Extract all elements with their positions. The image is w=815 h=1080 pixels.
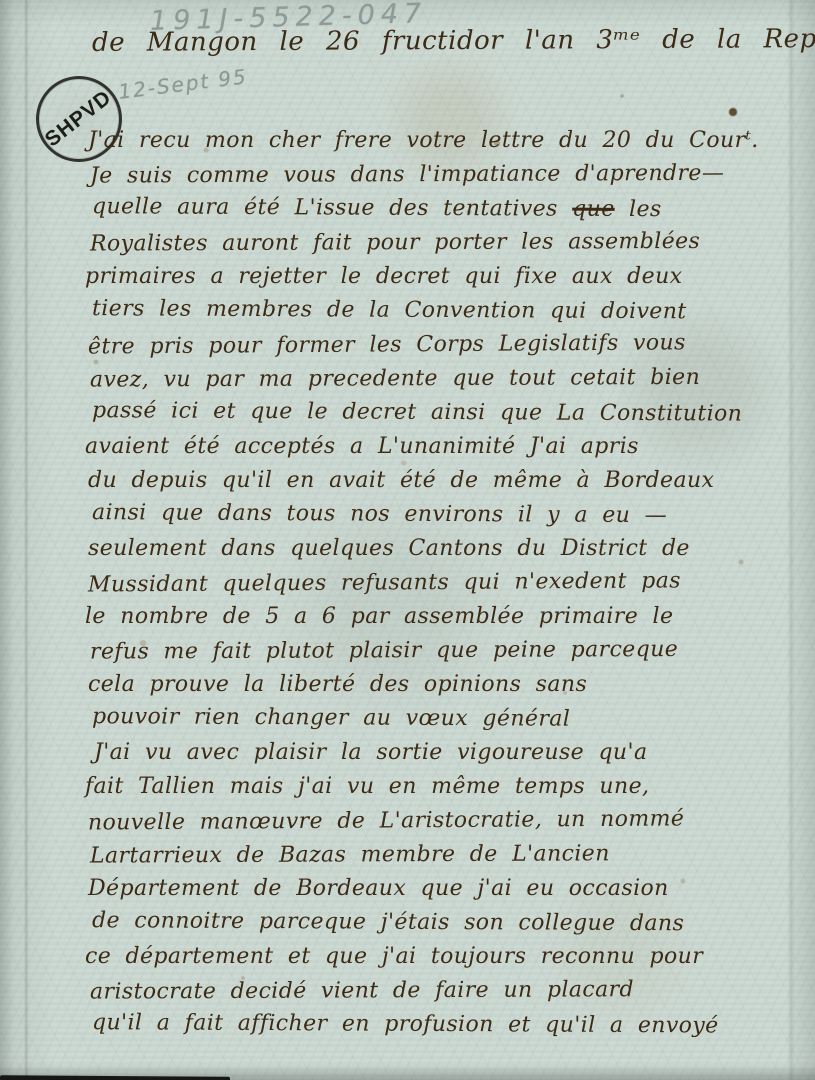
manuscript-line: Lartarrieux de Bazas membre de L'ancien (90, 836, 810, 873)
manuscript-line: Département de Bordeaux que j'ai eu occa… (88, 872, 808, 906)
manuscript-line: seulement dans quelques Cantons du Distr… (88, 532, 808, 566)
manuscript-line: être pris pour former les Corps Legislat… (88, 325, 808, 364)
manuscript-line: Royalistes auront fait pour porter les a… (90, 224, 810, 261)
manuscript-page: 191J-5522-047 12-Sept 95 SHPVD de Mangon… (0, 0, 815, 1080)
manuscript-line: Mussidant quelques refusants qui n'exede… (88, 563, 808, 602)
manuscript-line: cela prouve la liberté des opinions sans (88, 668, 808, 702)
manuscript-line: primaires a rejetter le decret qui fixe … (85, 260, 805, 294)
letter-dateline: de Mangon le 26 fructidor l'an 3ᵐᵉ de la… (92, 24, 812, 58)
manuscript-line: ainsi que dans tous nos environs il y a … (92, 496, 812, 534)
manuscript-line: avaient été acceptés a L'unanimité J'ai … (85, 430, 805, 464)
manuscript-line: refus me fait plutot plaisir que peine p… (90, 632, 810, 669)
manuscript-line: passé ici et que le decret ainsi que La … (92, 394, 812, 432)
manuscript-line: de connoitre parceque j'étais son colleg… (92, 904, 812, 942)
manuscript-line: J'ai vu avec plaisir la sortie vigoureus… (94, 736, 814, 770)
manuscript-line: Je suis comme vous dans l'impatiance d'a… (90, 156, 810, 193)
manuscript-line: aristocrate decidé vient de faire un pla… (90, 972, 810, 1009)
manuscript-line: quelle aura été L'issue des tentatives q… (92, 190, 812, 228)
manuscript-line: J'ai recu mon cher frere votre lettre du… (88, 124, 808, 158)
manuscript-line: du depuis qu'il en avait été de même à B… (88, 464, 808, 498)
pencil-date-note: 12-Sept 95 (117, 64, 249, 104)
manuscript-line: pouvoir rien changer au vœux général (92, 700, 812, 738)
manuscript-line: tiers les membres de la Convention qui d… (92, 292, 812, 330)
manuscript-line: le nombre de 5 a 6 par assemblée primair… (85, 600, 805, 634)
manuscript-line: avez, vu par ma precedente que tout ceta… (90, 360, 810, 397)
manuscript-line: qu'il a fait afficher en profusion et qu… (92, 1006, 812, 1044)
page-bottom-edge (0, 1075, 230, 1080)
manuscript-line: fait Tallien mais j'ai vu en même temps … (85, 770, 805, 804)
manuscript-line: nouvelle manœuvre de L'aristocratie, un … (88, 801, 808, 840)
letter-body: J'ai recu mon cher frere votre lettre du… (88, 124, 808, 1042)
manuscript-line: ce département et que j'ai toujours reco… (85, 940, 805, 974)
